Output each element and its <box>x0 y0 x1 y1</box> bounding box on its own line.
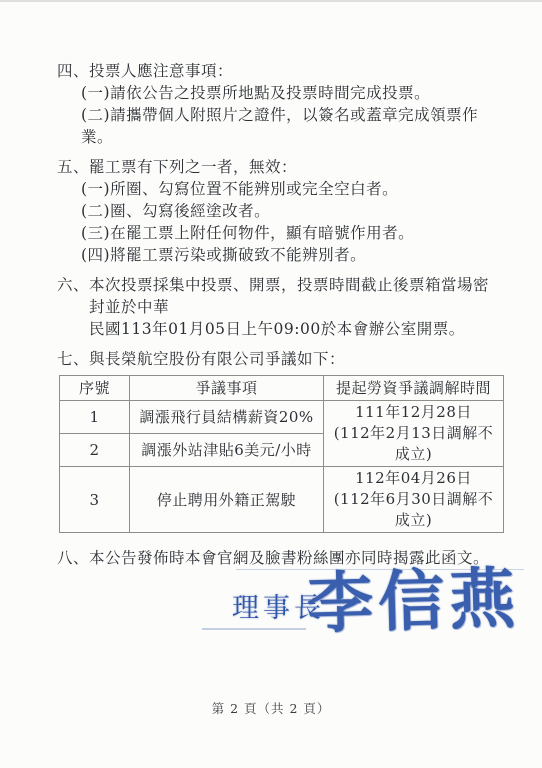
paragraph-line: 民國113年01月05日上午09:00於本會辦公室開票。 <box>89 318 505 340</box>
cell-no: 2 <box>60 434 130 467</box>
section-number: 八、 <box>57 547 89 569</box>
section-number: 五、 <box>57 156 89 178</box>
column-header-no: 序號 <box>60 376 130 401</box>
cell-mediation-time: 112年04月26日 (112年6月30日調解不成立) <box>324 467 504 533</box>
cell-no: 3 <box>60 467 130 533</box>
mediation-date-line: 112年04月26日 <box>326 468 501 489</box>
list-item: (一)所圈、勾寫位置不能辨別或完全空白者。 <box>57 178 505 200</box>
section-number: 四、 <box>57 60 89 82</box>
list-item: (二)圈、勾寫後經塗改者。 <box>57 200 505 222</box>
scan-artifact-top-edge <box>0 0 542 2</box>
section-7-disputes: 七、 與長榮航空股份有限公司爭議如下： 序號 爭議事項 提起勞資爭議調解時間 1… <box>57 348 505 533</box>
chairman-signature-stamp: 理事長 李信燕 <box>210 550 535 665</box>
cell-issue: 停止聘用外籍正駕駛 <box>130 467 324 533</box>
table-row: 3 停止聘用外籍正駕駛 112年04月26日 (112年6月30日調解不成立) <box>60 467 504 533</box>
list-item: (三)在罷工票上附任何物件，顯有暗號作用者。 <box>57 222 505 244</box>
page-number-footer: 第 2 頁（共 2 頁） <box>0 699 542 717</box>
disputes-table: 序號 爭議事項 提起勞資爭議調解時間 1 調漲飛行員結構薪資20% 111年12… <box>59 375 504 533</box>
section-title: 與長榮航空股份有限公司爭議如下： <box>89 348 505 370</box>
mediation-result-line: (112年2月13日調解不成立) <box>326 423 501 465</box>
column-header-issue: 爭議事項 <box>130 376 324 401</box>
cell-mediation-time-merged: 111年12月28日 (112年2月13日調解不成立) <box>324 401 504 467</box>
paragraph-line: 本次投票採集中投票、開票，投票時間截止後票箱當場密封並於中華 <box>89 274 505 318</box>
section-4-voter-notes: 四、 投票人應注意事項： (一)請依公告之投票所地點及投票時間完成投票。 (二)… <box>57 60 505 148</box>
section-number: 七、 <box>57 348 89 370</box>
table-row: 1 調漲飛行員結構薪資20% 111年12月28日 (112年2月13日調解不成… <box>60 401 504 434</box>
stamp-signature-name: 李信燕 <box>306 545 521 646</box>
section-6-vote-counting: 六、 本次投票採集中投票、開票，投票時間截止後票箱當場密封並於中華 民國113年… <box>57 274 505 340</box>
list-item: (一)請依公告之投票所地點及投票時間完成投票。 <box>57 82 505 104</box>
column-header-mediation-time: 提起勞資爭議調解時間 <box>324 376 504 401</box>
mediation-result-line: (112年6月30日調解不成立) <box>326 489 501 531</box>
section-number: 六、 <box>57 274 89 340</box>
list-item: (四)將罷工票污染或撕破致不能辨別者。 <box>57 244 505 266</box>
stamp-edge-line <box>202 628 306 630</box>
scanned-document-page: 四、 投票人應注意事項： (一)請依公告之投票所地點及投票時間完成投票。 (二)… <box>0 0 542 768</box>
section-title: 投票人應注意事項： <box>89 60 505 82</box>
mediation-date-line: 111年12月28日 <box>326 402 501 423</box>
table-header-row: 序號 爭議事項 提起勞資爭議調解時間 <box>60 376 504 401</box>
section-5-invalid-ballots: 五、 罷工票有下列之一者，無效： (一)所圈、勾寫位置不能辨別或完全空白者。 (… <box>57 156 505 266</box>
cell-issue: 調漲外站津貼6美元/小時 <box>130 434 324 467</box>
cell-no: 1 <box>60 401 130 434</box>
list-item: (二)請攜帶個人附照片之證件，以簽名或蓋章完成領票作業。 <box>57 104 505 148</box>
document-body: 四、 投票人應注意事項： (一)請依公告之投票所地點及投票時間完成投票。 (二)… <box>57 60 505 577</box>
section-title: 罷工票有下列之一者，無效： <box>89 156 505 178</box>
cell-issue: 調漲飛行員結構薪資20% <box>130 401 324 434</box>
